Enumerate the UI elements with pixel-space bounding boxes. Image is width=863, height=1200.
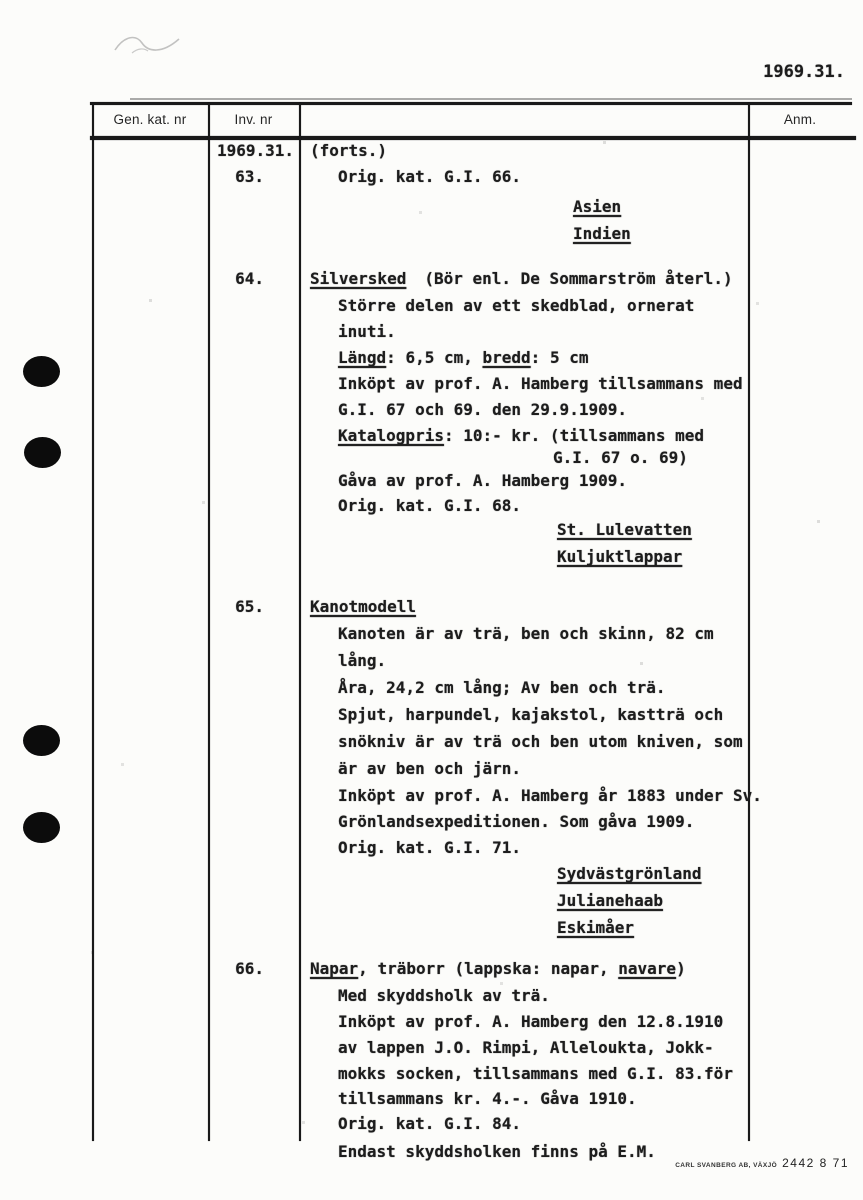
- group-continuation-label: (forts.): [310, 141, 387, 161]
- entry-65-acquisition-line: Inköpt av prof. A. Hamberg år 1883 under…: [338, 786, 762, 806]
- table-border-top-echo: [130, 98, 852, 100]
- entry-64-place: Kuljuktlappar: [557, 547, 682, 567]
- catalog-sheet: 1969.31. Gen. kat. nr Inv. nr Anm. 1969.…: [0, 0, 863, 1200]
- table-border-left: [92, 103, 94, 1141]
- entry-65-description-line: Spjut, harpundel, kajakstol, kastträ och: [338, 705, 723, 725]
- table-divider-inv-main: [299, 103, 301, 1141]
- entry-65-acquisition-line: Grönlandsexpeditionen. Som gåva 1909.: [338, 812, 694, 832]
- printer-name: CARL SVANBERG AB, VÄXJÖ: [675, 1162, 777, 1169]
- entry-64-acquisition-line: G.I. 67 och 69. den 29.9.1909.: [338, 400, 627, 420]
- entry-63-place: Asien: [573, 197, 621, 217]
- table-divider-gen-inv: [208, 103, 210, 1141]
- entry-65-description-line: Kanoten är av trä, ben och skinn, 82 cm: [338, 624, 714, 644]
- column-header-gen-kat-nr: Gen. kat. nr: [92, 112, 208, 127]
- entry-63-number: 63.: [208, 167, 264, 187]
- entry-64-gift-line: Gåva av prof. A. Hamberg 1909.: [338, 471, 627, 491]
- entry-65-description-line: är av ben och järn.: [338, 759, 521, 779]
- table-header-rule: [90, 136, 856, 140]
- entry-65-description-line: Åra, 24,2 cm lång; Av ben och trä.: [338, 678, 666, 698]
- printer-mark: CARL SVANBERG AB, VÄXJÖ 2442 8 71: [675, 1156, 849, 1170]
- entry-65-orig-kat: Orig. kat. G.I. 71.: [338, 838, 521, 858]
- printer-code: 2442 8 71: [782, 1156, 849, 1170]
- entry-64-orig-kat: Orig. kat. G.I. 68.: [338, 496, 521, 516]
- entry-64-dimensions-line: Längd: 6,5 cm, bredd: 5 cm: [338, 348, 588, 368]
- column-header-inv-nr: Inv. nr: [208, 112, 299, 127]
- entry-64-acquisition-line: Inköpt av prof. A. Hamberg tillsammans m…: [338, 374, 743, 394]
- page-number: 1969.31.: [763, 62, 845, 82]
- entry-66-acquisition-line: Inköpt av prof. A. Hamberg den 12.8.1910: [338, 1012, 723, 1032]
- entry-64-place: St. Lulevatten: [557, 520, 692, 540]
- entry-65-description-line: lång.: [338, 651, 386, 671]
- entry-65-place: Julianehaab: [557, 891, 663, 911]
- table-divider-main-anm: [748, 103, 750, 1141]
- entry-66-acquisition-line: mokks socken, tillsammans med G.I. 83.fö…: [338, 1064, 733, 1084]
- punch-hole: [24, 437, 61, 468]
- entry-66-description-line: Med skyddsholk av trä.: [338, 986, 550, 1006]
- entry-63-place: Indien: [573, 224, 631, 244]
- entry-66-note: Endast skyddsholken finns på E.M.: [338, 1142, 656, 1162]
- entry-66-acquisition-line: av lappen J.O. Rimpi, Alleloukta, Jokk-: [338, 1038, 714, 1058]
- entry-64-description-line: inuti.: [338, 322, 396, 342]
- entry-66-headword: Napar: [310, 959, 358, 978]
- entry-65-place: Sydvästgrönland: [557, 864, 702, 884]
- entry-66-acquisition-line: tillsammans kr. 4.-. Gåva 1910.: [338, 1089, 637, 1109]
- entry-64-price-continuation: G.I. 67 o. 69): [553, 448, 688, 468]
- entry-64-description-line: Större delen av ett skedblad, ornerat: [338, 296, 694, 316]
- table-border-top: [90, 102, 852, 105]
- entry-65-headword: Kanotmodell: [310, 597, 416, 616]
- punch-hole: [23, 812, 60, 843]
- entry-64-head-note: (Bör enl. De Sommarström återl.): [424, 269, 732, 288]
- group-inventory-number: 1969.31.: [208, 141, 294, 161]
- entry-64-headline: Silversked(Bör enl. De Sommarström återl…: [310, 269, 733, 289]
- entry-66-headline: Napar, träborr (lappska: napar, navare): [310, 959, 686, 979]
- entry-66-number: 66.: [208, 959, 264, 979]
- entry-63-orig-kat: Orig. kat. G.I. 66.: [338, 167, 521, 187]
- scan-specks: [0, 0, 1, 1]
- entry-66-orig-kat: Orig. kat. G.I. 84.: [338, 1114, 521, 1134]
- entry-65-description-line: snökniv är av trä och ben utom kniven, s…: [338, 732, 743, 752]
- punch-hole: [23, 356, 60, 387]
- entry-65-place: Eskimåer: [557, 918, 634, 938]
- entry-65-number: 65.: [208, 597, 264, 617]
- entry-64-headword: Silversked: [310, 269, 406, 288]
- pencil-mark: [112, 30, 182, 56]
- column-header-anm: Anm.: [748, 112, 852, 127]
- entry-64-price-line: Katalogpris: 10:- kr. (tillsammans med: [338, 426, 704, 446]
- entry-65-headline: Kanotmodell: [310, 597, 416, 617]
- entry-64-number: 64.: [208, 269, 264, 289]
- punch-hole: [23, 725, 60, 756]
